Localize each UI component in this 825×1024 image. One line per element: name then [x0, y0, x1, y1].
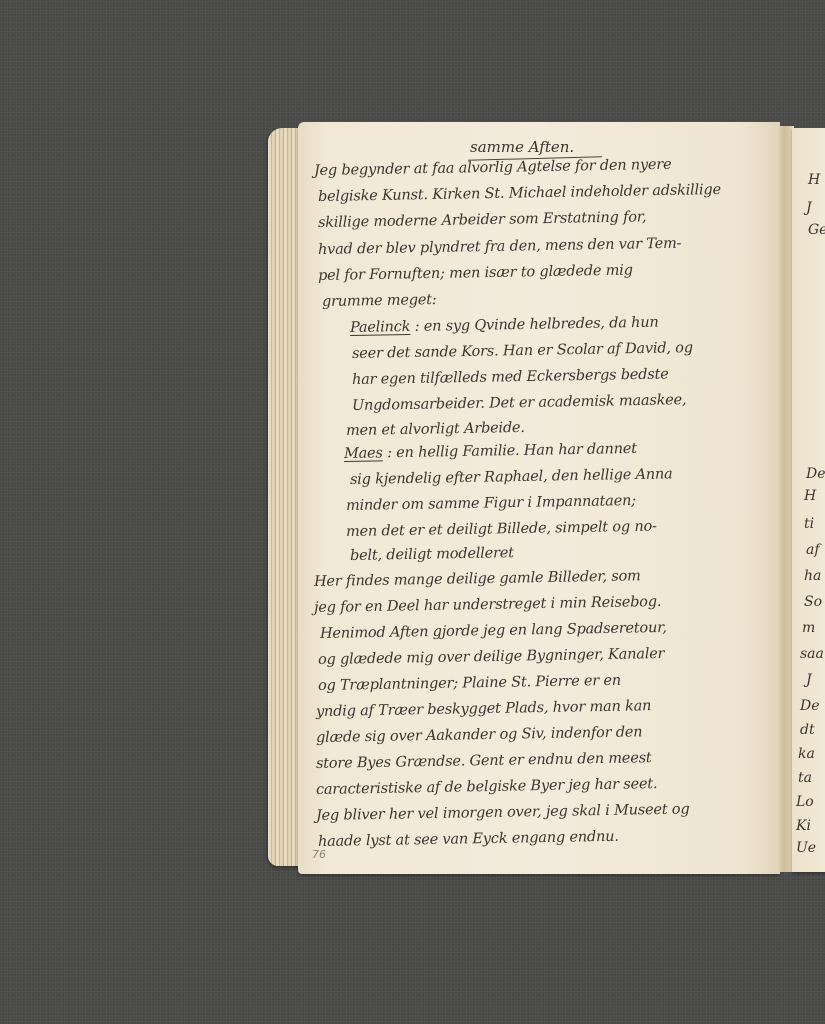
- right-page-letter: H: [808, 172, 820, 188]
- text-line: belt, deiligt modelleret: [350, 545, 514, 564]
- right-page-letter: ha: [804, 568, 821, 584]
- right-page-letter: H: [804, 488, 816, 504]
- right-page-letter: So: [804, 594, 822, 610]
- right-page-letter: Ue: [796, 840, 816, 856]
- artist-name-paelinck: Paelinck: [350, 319, 411, 336]
- text-line: men et alvorligt Arbeide.: [346, 420, 525, 439]
- artist-name-maes: Maes: [344, 445, 383, 462]
- page-number: 76: [312, 848, 326, 861]
- right-page-letter: af: [806, 542, 820, 558]
- right-page-letter: Ki: [796, 818, 811, 834]
- right-page-letter: J: [806, 672, 812, 688]
- right-page-letter: ta: [798, 770, 812, 786]
- right-page-letter: J: [806, 200, 812, 216]
- right-page-letter: ti: [804, 516, 814, 532]
- right-page-letter: Ge: [808, 222, 825, 238]
- page-heading: samme Aften.: [470, 138, 574, 156]
- right-page-letter: De: [800, 698, 820, 714]
- text-line: grumme meget:: [322, 292, 437, 310]
- right-page-letter: De: [806, 466, 825, 482]
- right-page-letter: m: [802, 620, 815, 636]
- right-page-letter: ka: [798, 746, 815, 762]
- right-page-letter: Lo: [796, 794, 814, 810]
- right-page-letter: dt: [800, 722, 815, 738]
- right-page-letter: saa: [800, 646, 824, 662]
